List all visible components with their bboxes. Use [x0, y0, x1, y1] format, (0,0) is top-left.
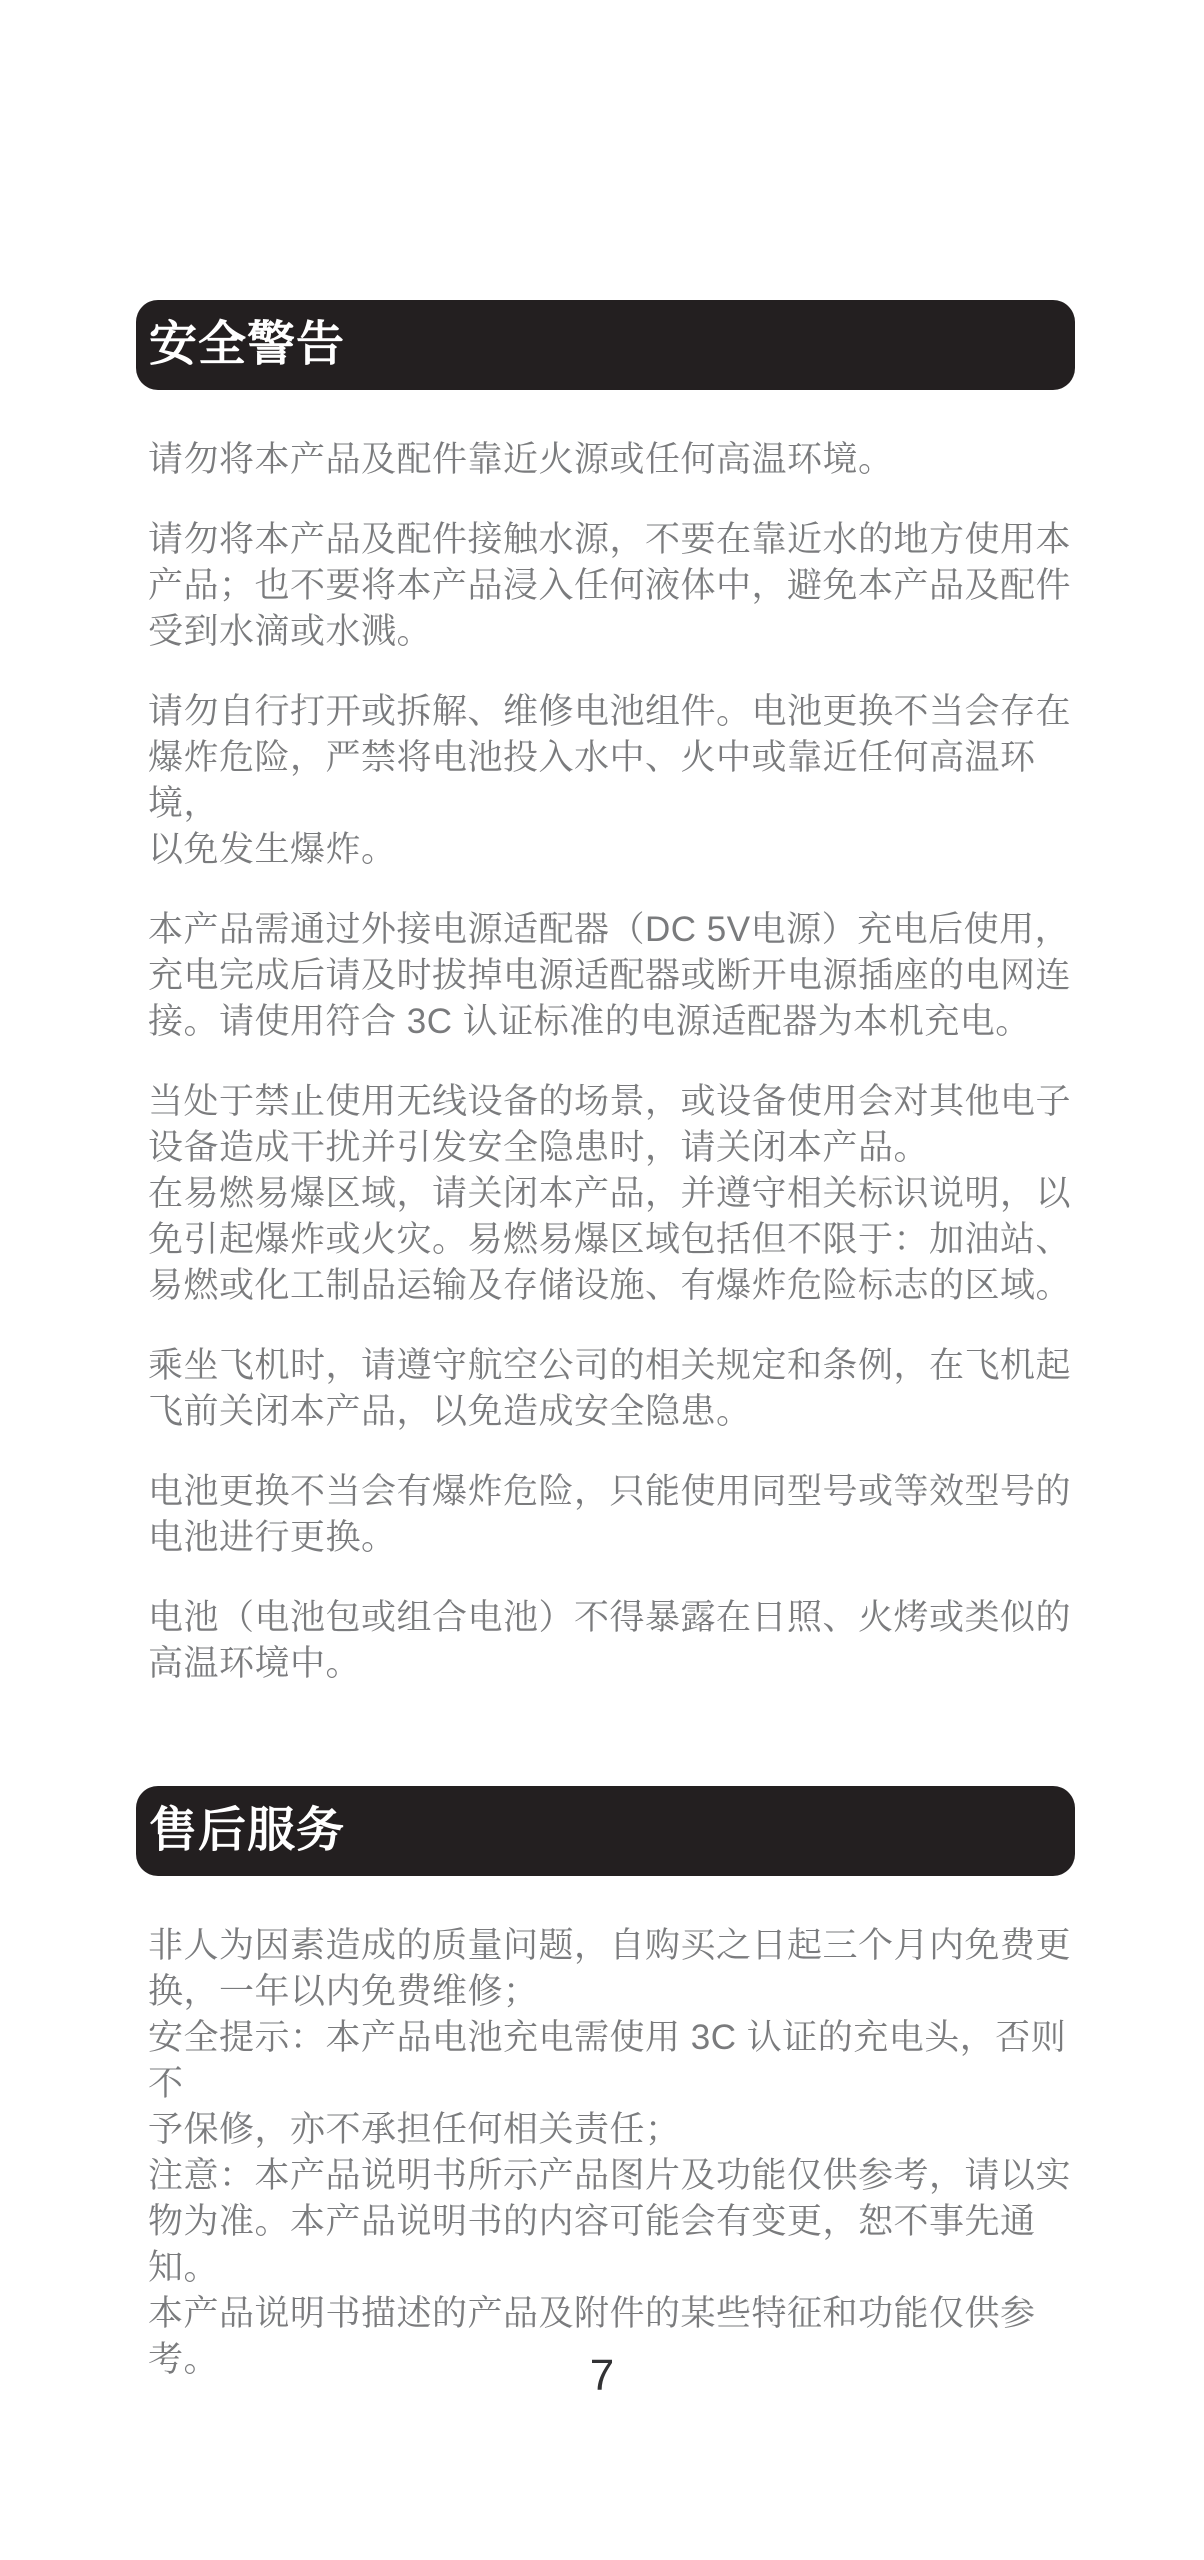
paragraph-battery-heat-exposure-warning: 电池（电池包或组合电池）不得暴露在日照、火烤或类似的 高温环境中。: [148, 1595, 1075, 1687]
manual-page: 安全警告 请勿将本产品及配件靠近火源或任何高温环境。 请勿将本产品及配件接触水源…: [0, 0, 1204, 2560]
after-sales-service-header: 售后服务: [136, 1786, 1075, 1876]
after-sales-service-body: 非人为因素造成的质量问题，自购买之日起三个月内免费更 换，一年以内免费维修； 安…: [136, 1876, 1075, 2383]
paragraph-charging-adapter-warning: 本产品需通过外接电源适配器（DC 5V电源）充电后使用， 充电完成后请及时拔掉电…: [148, 907, 1075, 1045]
paragraph-fire-warning: 请勿将本产品及配件靠近火源或任何高温环境。: [148, 437, 1075, 483]
safety-warning-title: 安全警告: [149, 321, 345, 369]
paragraph-wireless-restricted-areas-warning: 当处于禁止使用无线设备的场景，或设备使用会对其他电子 设备造成干扰并引发安全隐患…: [148, 1079, 1075, 1309]
paragraph-battery-disassembly-warning: 请勿自行打开或拆解、维修电池组件。电池更换不当会存在 爆炸危险，严禁将电池投入水…: [148, 689, 1075, 873]
paragraph-warranty-policy: 非人为因素造成的质量问题，自购买之日起三个月内免费更 换，一年以内免费维修； 安…: [148, 1923, 1075, 2383]
after-sales-service-title: 售后服务: [149, 1807, 345, 1855]
section-after-sales-service: 售后服务 非人为因素造成的质量问题，自购买之日起三个月内免费更 换，一年以内免费…: [136, 1786, 1075, 2383]
page-number: 7: [0, 2352, 1204, 2400]
paragraph-battery-replacement-warning: 电池更换不当会有爆炸危险，只能使用同型号或等效型号的 电池进行更换。: [148, 1469, 1075, 1561]
safety-warning-body: 请勿将本产品及配件靠近火源或任何高温环境。 请勿将本产品及配件接触水源，不要在靠…: [136, 390, 1075, 1687]
safety-warning-header: 安全警告: [136, 300, 1075, 390]
paragraph-water-warning: 请勿将本产品及配件接触水源，不要在靠近水的地方使用本 产品；也不要将本产品浸入任…: [148, 517, 1075, 655]
section-safety-warning: 安全警告 请勿将本产品及配件靠近火源或任何高温环境。 请勿将本产品及配件接触水源…: [136, 300, 1075, 1687]
paragraph-airplane-warning: 乘坐飞机时，请遵守航空公司的相关规定和条例，在飞机起 飞前关闭本产品，以免造成安…: [148, 1343, 1075, 1435]
